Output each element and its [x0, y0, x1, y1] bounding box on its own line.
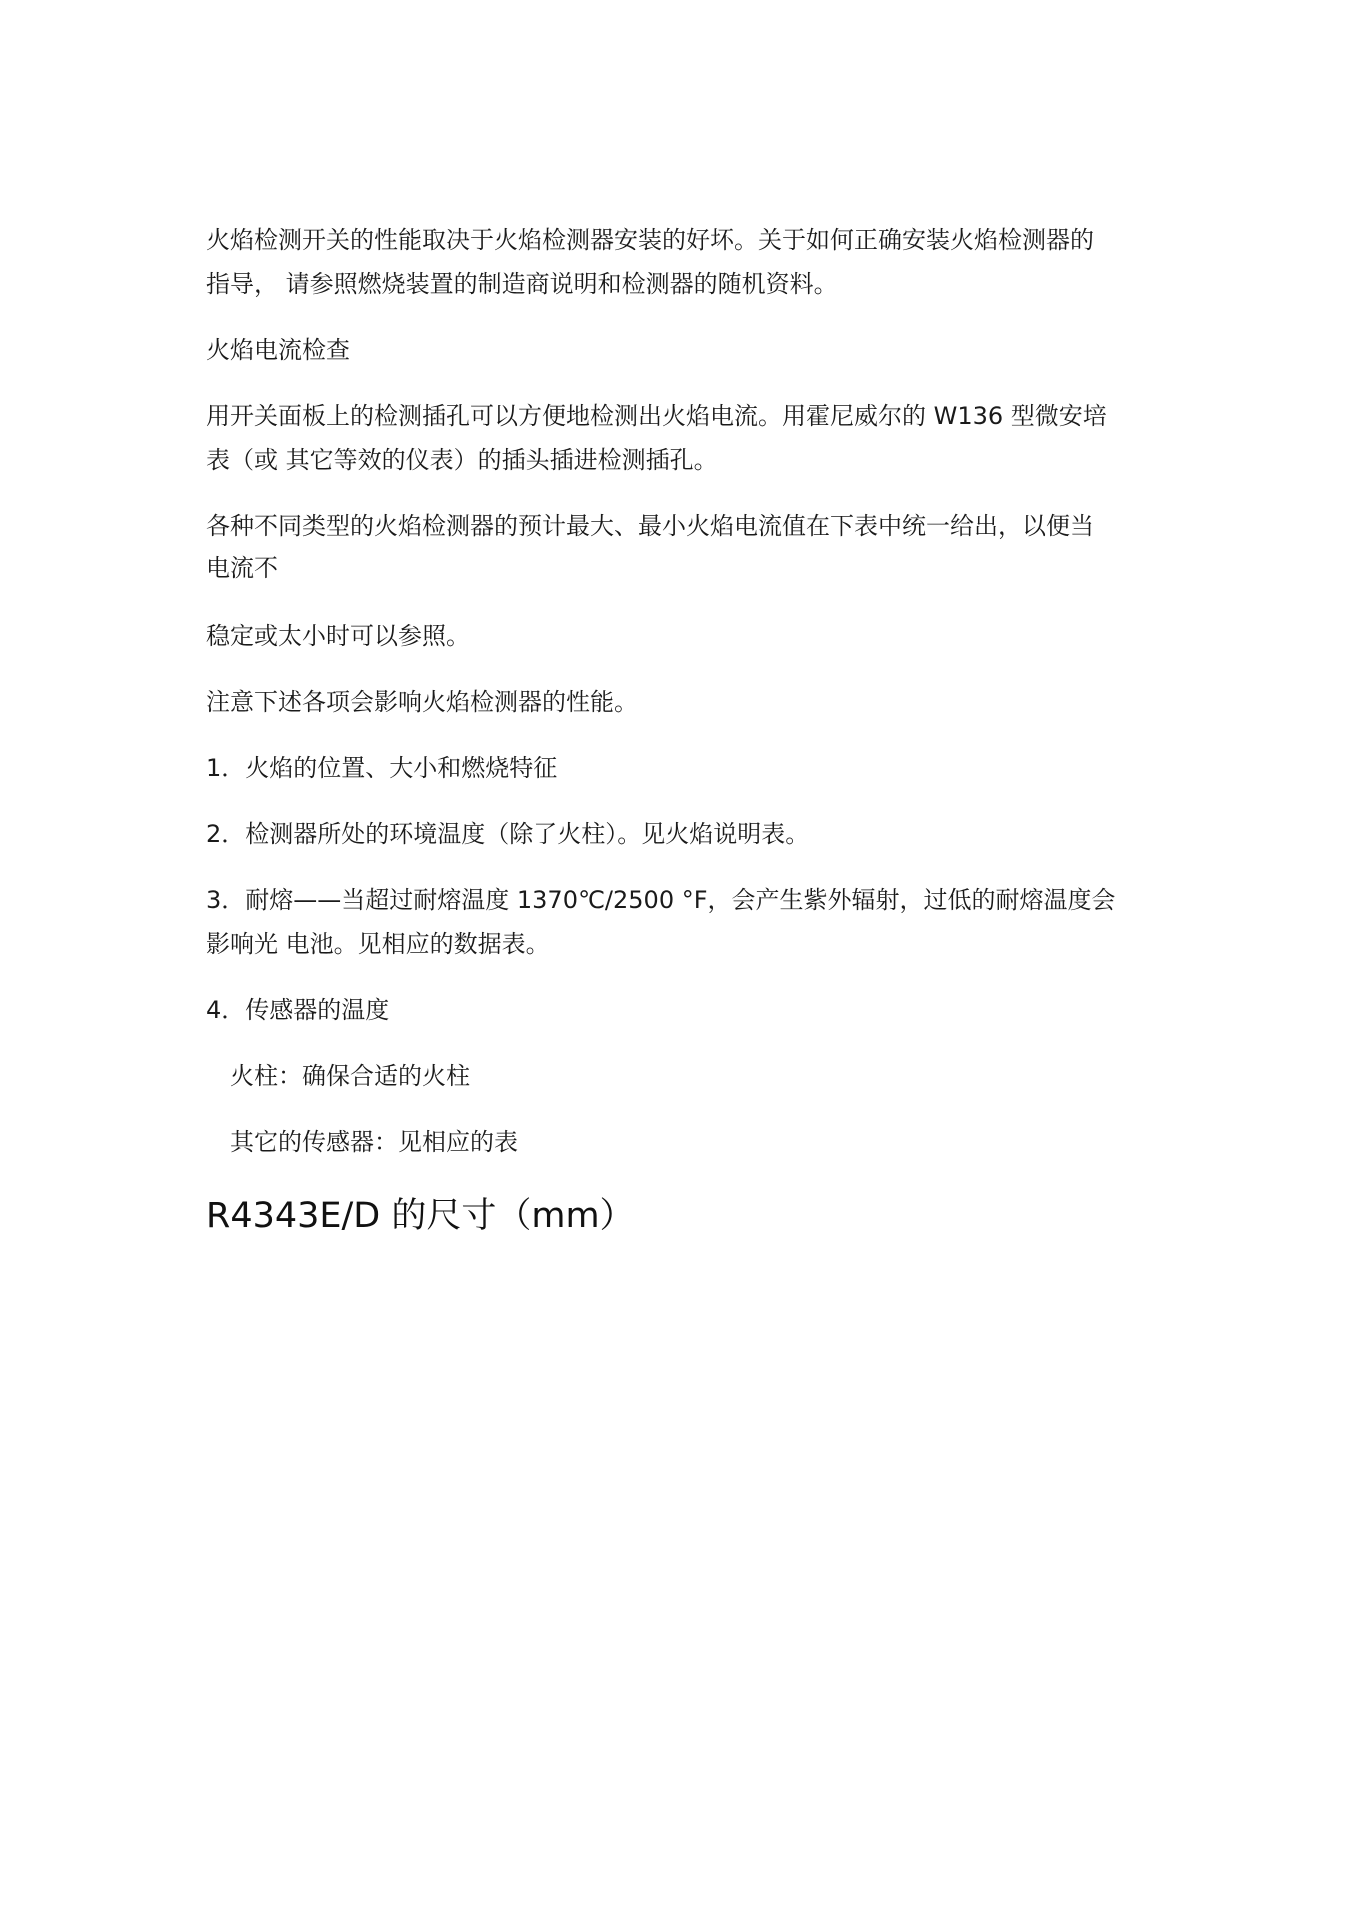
paragraph-note: 注意下述各项会影响火焰检测器的性能。	[206, 686, 638, 718]
list-item-3-line-2: 影响光 电池。见相应的数据表。	[206, 928, 550, 960]
list-item-1: 1．火焰的位置、大小和燃烧特征	[206, 752, 557, 784]
paragraph-test-jack-line-2: 表（或 其它等效的仪表）的插头插进检测插孔。	[206, 444, 718, 476]
list-item-2: 2．检测器所处的环境温度（除了火柱）。见火焰说明表。	[206, 818, 809, 850]
paragraph-intro-line-1: 火焰检测开关的性能取决于火焰检测器安装的好坏。关于如何正确安装火焰检测器的	[206, 224, 1094, 256]
paragraph-reference: 稳定或太小时可以参照。	[206, 620, 470, 652]
paragraph-current-values-line-2: 电流不	[206, 552, 278, 584]
list-item-4: 4．传感器的温度	[206, 994, 389, 1026]
paragraph-intro-line-2: 指导， 请参照燃烧装置的制造商说明和检测器的随机资料。	[206, 268, 838, 300]
paragraph-test-jack-line-1: 用开关面板上的检测插孔可以方便地检测出火焰电流。用霍尼威尔的 W136 型微安培	[206, 400, 1107, 432]
sub-item-flame-rod: 火柱：确保合适的火柱	[230, 1060, 470, 1092]
sub-item-other-sensors: 其它的传感器：见相应的表	[230, 1126, 518, 1158]
list-item-3-line-1: 3．耐熔——当超过耐熔温度 1370℃/2500 °F，会产生紫外辐射，过低的耐…	[206, 884, 1116, 916]
section-title-flame-current-check: 火焰电流检查	[206, 334, 350, 366]
dimensions-heading: R4343E/D 的尺寸（mm）	[206, 1194, 635, 1238]
document-page: 火焰检测开关的性能取决于火焰检测器安装的好坏。关于如何正确安装火焰检测器的 指导…	[0, 0, 1357, 1920]
paragraph-current-values-line-1: 各种不同类型的火焰检测器的预计最大、最小火焰电流值在下表中统一给出，以便当	[206, 510, 1094, 542]
